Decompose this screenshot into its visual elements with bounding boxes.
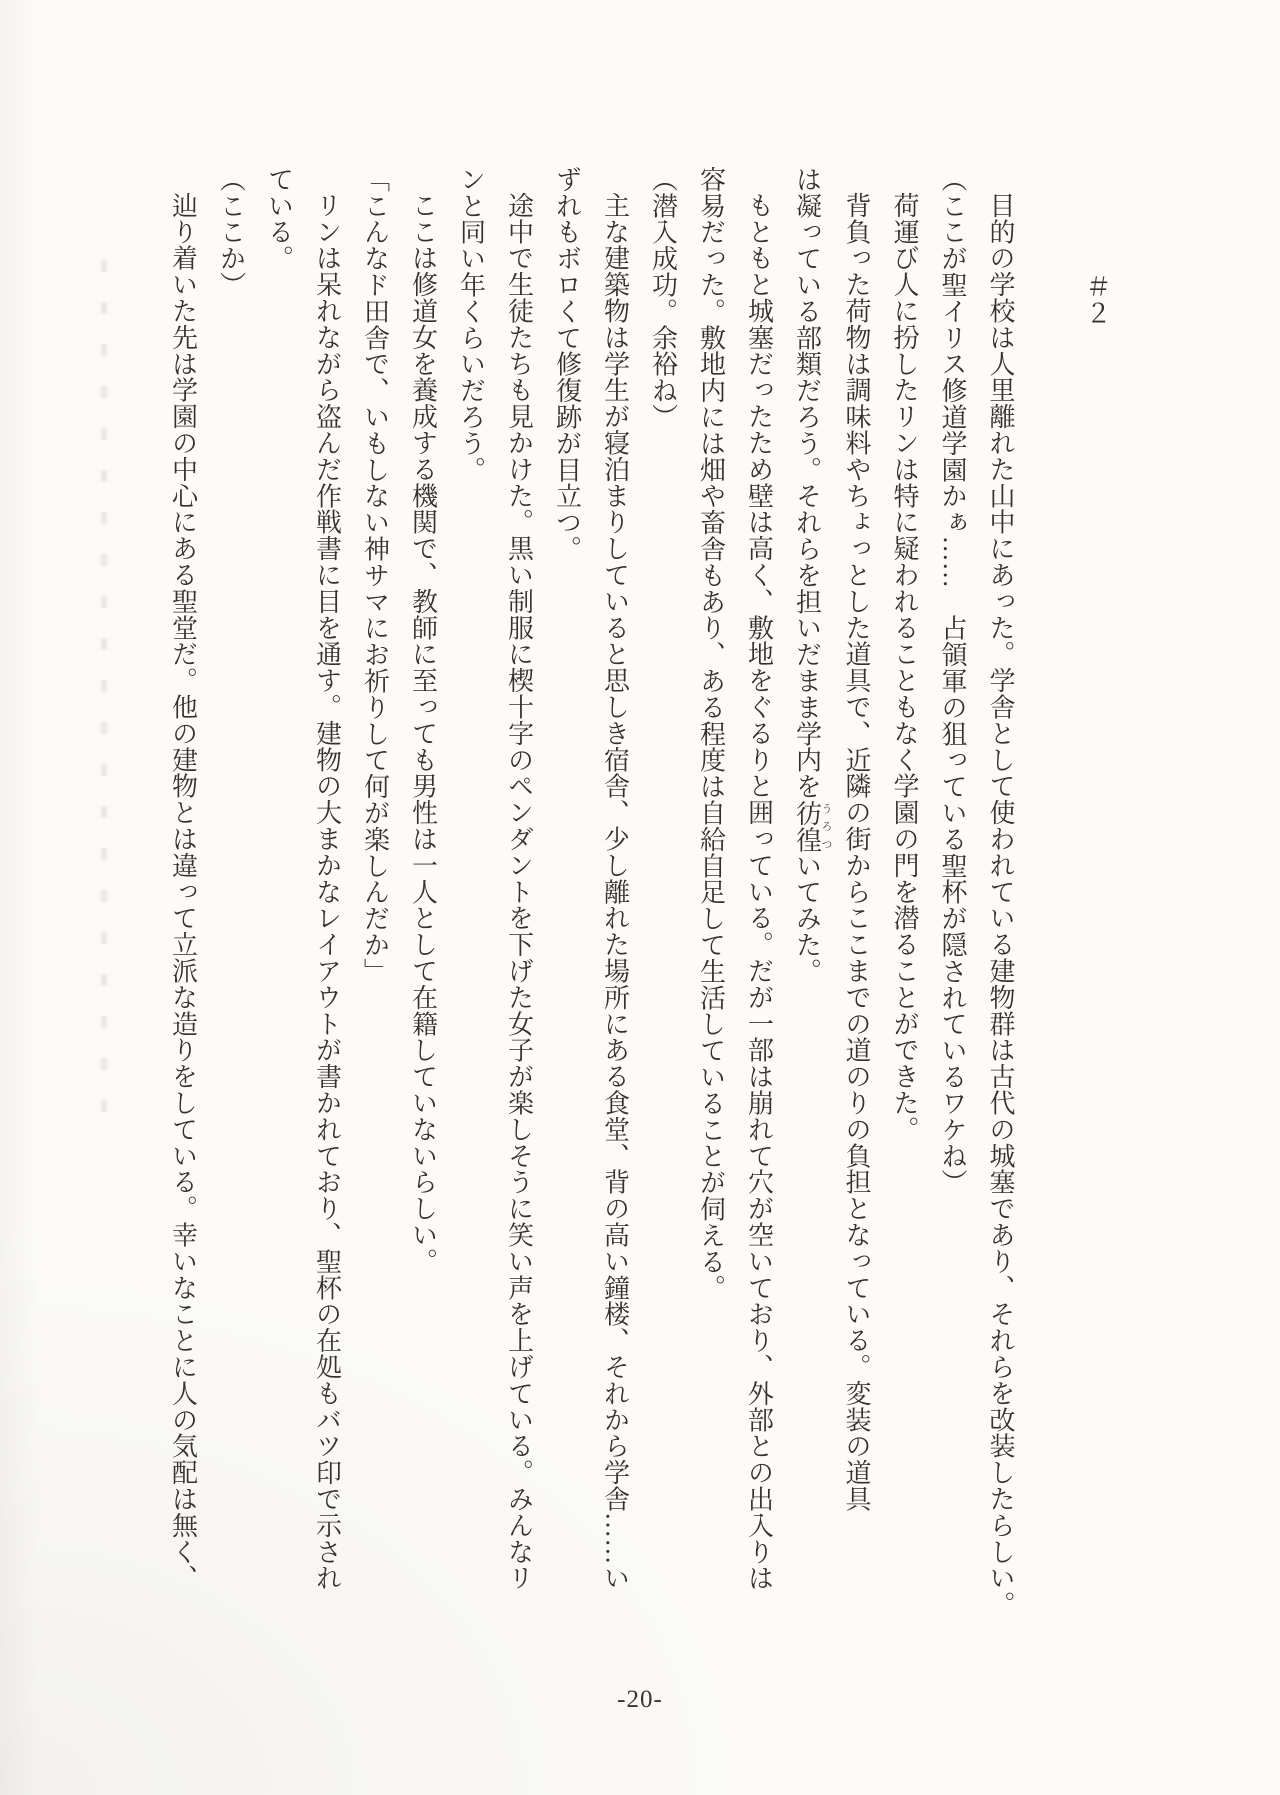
text-column: リンは呆れながら盗んだ作戦書に目を通す。建物の大まかなレイアウトが書かれており、… xyxy=(303,166,351,1632)
text-column: 荷運び人に扮したリンは特に疑われることもなく学園の門を潜ることができた。 xyxy=(880,166,928,1632)
novel-page: ＃２ 目的の学校は人里離れた山中にあった。学舎として使われている建物群は古代の城… xyxy=(0,0,1280,1795)
text-column: 容易だった。敷地内には畑や畜舎もあり、ある程度は自給自足して生活していることが伺… xyxy=(687,166,735,1632)
text-column: 「こんなド田舎で、いもしない神サマにお祈りして何が楽しんだか」 xyxy=(351,166,399,1632)
text-column: ンと同い年くらいだろう。 xyxy=(447,166,495,1632)
text-column: は凝っている部類だろう。それらを担いだまま学内を彷徨うろついてみた。 xyxy=(783,166,833,1632)
text-column: 背負った荷物は調味料やちょっとした道具で、近隣の街からここまでの道のりの負担とな… xyxy=(832,166,880,1632)
text-columns: ＃２ 目的の学校は人里離れた山中にあった。学舎として使われている建物群は古代の城… xyxy=(158,166,1120,1632)
text-column: ずれもボロくて修復跡が目立つ。 xyxy=(543,166,591,1632)
ruby-annotated-word: 彷徨うろつ xyxy=(793,800,822,853)
text-column: （潜入成功。余裕ね） xyxy=(639,166,687,1632)
page-number: -20- xyxy=(0,1686,1280,1714)
text-column: もともと城塞だったため壁は高く、敷地をぐるりと囲っている。だが一部は崩れて穴が空… xyxy=(735,166,783,1632)
text-column: 辿り着いた先は学園の中心にある聖堂だ。他の建物とは違って立派な造りをしている。幸… xyxy=(159,166,207,1632)
text-column: ている。 xyxy=(255,166,303,1632)
text-column: 途中で生徒たちも見かけた。黒い制服に楔十字のペンダントを下げた女子が楽しそうに笑… xyxy=(495,166,543,1632)
chapter-heading: ＃２ xyxy=(1072,166,1120,1632)
text-column: ここは修道女を養成する機関で、教師に至っても男性は一人として在籍していないらしい… xyxy=(399,166,447,1632)
text-column: （ここが聖イリス修道学園かぁ…… 占領軍の狙っている聖杯が隠されているワケね） xyxy=(928,166,976,1632)
text-column: 目的の学校は人里離れた山中にあった。学舎として使われている建物群は古代の城塞であ… xyxy=(976,166,1024,1632)
text-column: 主な建築物は学生が寝泊まりしていると思しき宿舎、少し離れた場所にある食堂、背の高… xyxy=(591,166,639,1632)
text-column: （ここか） xyxy=(207,166,255,1632)
scan-artifact xyxy=(101,260,107,1140)
